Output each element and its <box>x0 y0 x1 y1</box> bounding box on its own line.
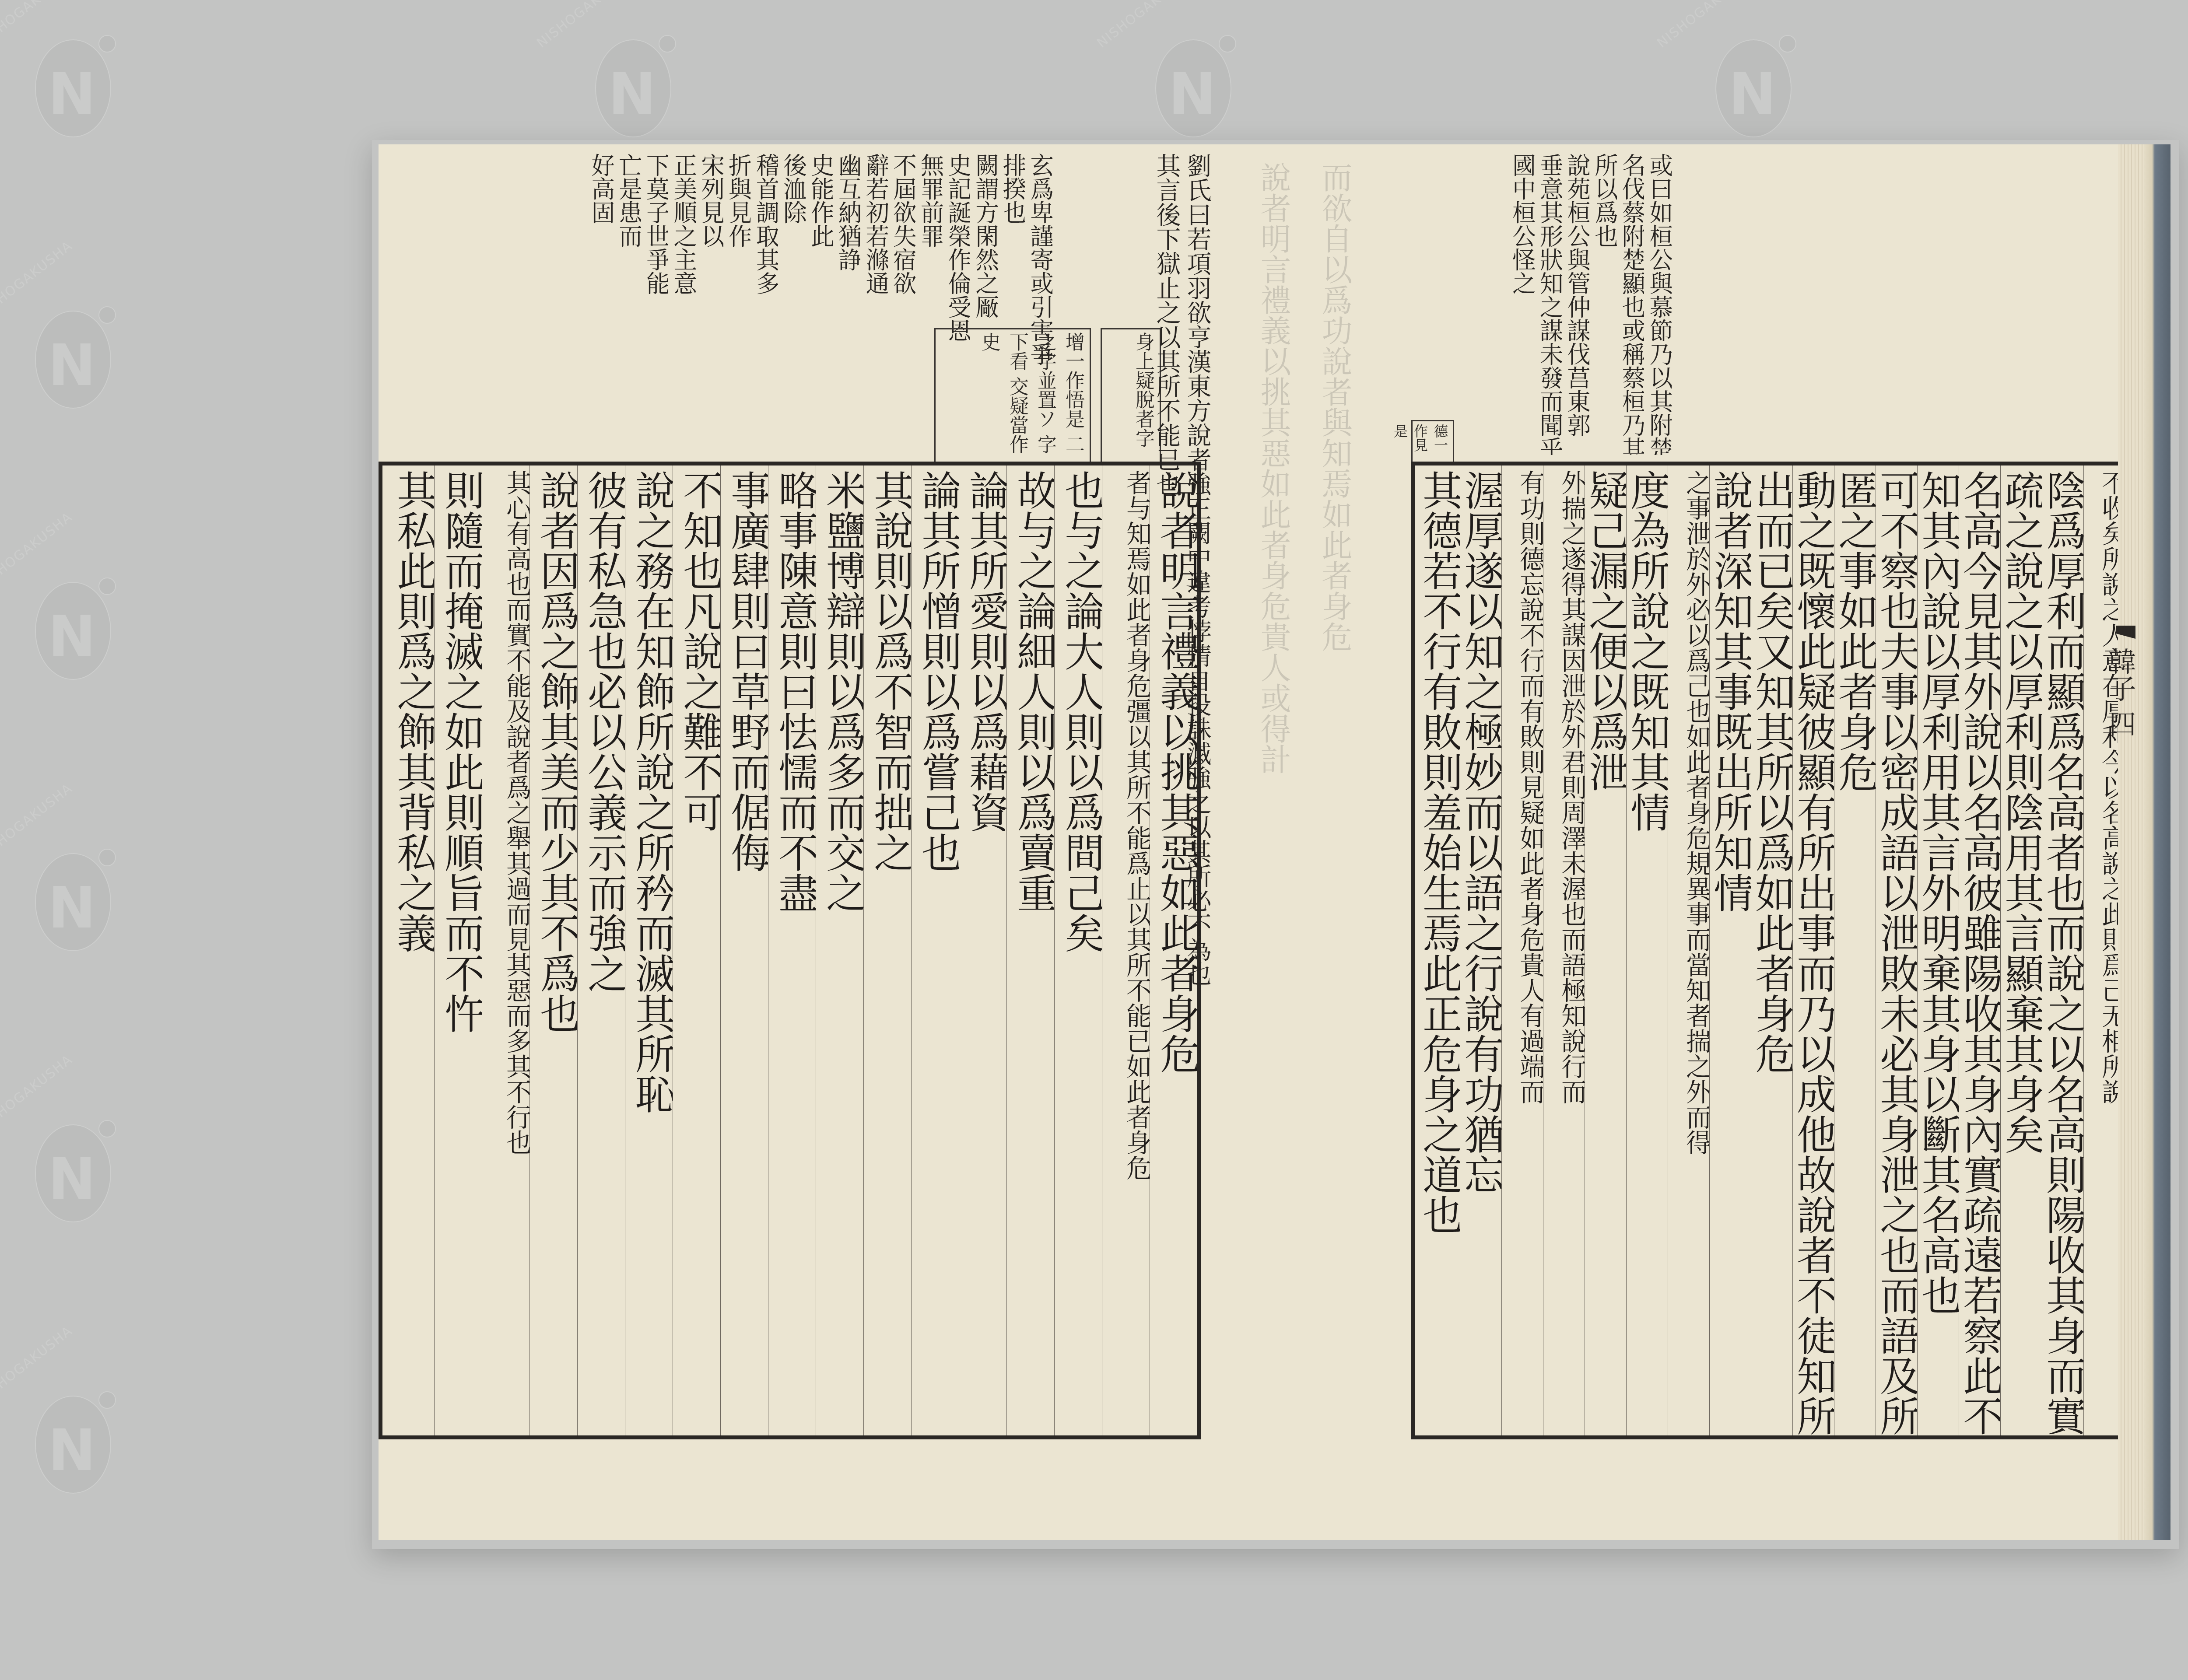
watermark-text: NISHOGAKUSHA <box>0 0 76 51</box>
text-column: 論其所憎則以爲嘗己也 <box>911 465 959 1435</box>
upper-note-column: 所以爲也 <box>1592 153 1617 455</box>
text-column: 米鹽博辯則以爲多而交之 <box>816 465 863 1435</box>
watermark-ring-icon <box>35 39 111 137</box>
left-page: 玄爲卑謹寄或引害爭排揆也闕謂方閑然之厰史記誕榮作倫受恩無罪前罪不屆欲失宿欲辭若初… <box>379 144 1226 1540</box>
watermark-dot-icon <box>1219 35 1236 52</box>
watermark-text: NISHOGAKUSHA <box>0 238 76 322</box>
watermark-logo: NNISHOGAKUSHA <box>9 9 140 140</box>
text-column: 不知也凡說之難不可 <box>673 465 720 1435</box>
watermark-logo: NNISHOGAKUSHA <box>9 1365 140 1496</box>
gutter-commentary-1: 劉氏曰若項羽欲亨漢東方說者強正闕中違考悖情自投誅滅強之以其所必不為也 <box>1184 153 1211 1509</box>
text-column: 匿之事如此者身危 <box>1834 465 1876 1435</box>
right-page: 說者明言禮義以挑其惡如此者身危貴人或得計 而欲自以爲功說者與知焉如此者身危 或曰… <box>1225 144 2144 1540</box>
text-column: 也与之論大人則以爲間己矣 <box>1054 465 1102 1435</box>
upper-note-column: 幽互納猶諍 <box>836 153 861 455</box>
watermark-ring-icon <box>35 1124 111 1222</box>
upper-note-column: 正美順之主意 <box>671 153 696 455</box>
watermark-dot-icon <box>98 577 116 595</box>
watermark-logo: NNISHOGAKUSHA <box>569 9 700 140</box>
upper-note-column: 名伐蔡附楚顯也或稱蔡桓乃其 <box>1620 153 1645 455</box>
watermark-dot-icon <box>98 1120 116 1137</box>
watermark-n-icon: N <box>48 337 96 394</box>
watermark-logo: NNISHOGAKUSHA <box>1129 9 1260 140</box>
watermark-ring-icon <box>35 853 111 951</box>
upper-note-column: 亡是患而 <box>616 153 641 455</box>
upper-note-column: 辭若初若滌通 <box>863 153 888 455</box>
watermark-logo: NNISHOGAKUSHA <box>9 280 140 411</box>
text-column: 疑己漏之便以爲泄 <box>1585 465 1626 1435</box>
upper-note-column: 下莫子世爭能 <box>644 153 669 455</box>
watermark-logo: NNISHOGAKUSHA <box>9 822 140 954</box>
upper-note-column: 不屆欲失宿欲 <box>891 153 915 455</box>
upper-note-column: 或曰如桓公與慕節乃以其附楚 <box>1647 153 1672 455</box>
right-upper-box-note: 德一作見是 <box>1411 420 1454 463</box>
upper-note-column: 宋列見以 <box>698 153 723 455</box>
text-column: 者与知焉如此者身危彊以其所不能爲止以其所不能已如此者身危 <box>1102 465 1150 1435</box>
left-main-text-frame: 說者明言禮義以挑其惡如此者身危者与知焉如此者身危彊以其所不能爲止以其所不能已如此… <box>379 462 1201 1439</box>
text-column: 有功則德忘說不行而有敗則見疑如此者身危貴人有過端而 <box>1501 465 1543 1435</box>
text-column: 可不察也夫事以密成語以泄敗未必其身泄之也而語及所 <box>1876 465 1917 1435</box>
left-upper-box-note-1: 身上疑脫者字 <box>1101 328 1161 463</box>
watermark-ring-icon <box>1155 39 1231 137</box>
text-column: 外揣之遂得其謀因泄於外君則周澤未渥也而語極知說行而 <box>1543 465 1585 1435</box>
watermark-text: NISHOGAKUSHA <box>0 1323 76 1407</box>
fold-column-label: 韓子 四 <box>2114 647 2140 738</box>
text-column: 度為所說之既知其情 <box>1626 465 1668 1435</box>
upper-note-column: 史能作此 <box>808 153 833 455</box>
watermark-dot-icon <box>1779 35 1796 52</box>
text-column: 說者因爲之飾其美而少其不爲也 <box>529 465 577 1435</box>
text-column: 渥厚遂以知之極妙而以語之行說有功猶忘 <box>1460 465 1501 1435</box>
text-column: 則隨而掩滅之如此則順旨而不忤 <box>434 465 482 1435</box>
cover-edge <box>2144 144 2170 1540</box>
watermark-n-icon: N <box>608 66 656 122</box>
text-column: 知其內說以厚利用其言外明棄其身以斷其名高也 <box>1917 465 1959 1435</box>
upper-note-column: 說苑桓公與管仲謀伐莒東郭 <box>1564 153 1589 455</box>
watermark-n-icon: N <box>1168 66 1216 122</box>
text-column: 其私此則爲之飾其背私之義 <box>386 465 434 1435</box>
watermark-text: NISHOGAKUSHA <box>1094 0 1196 51</box>
watermark-ring-icon <box>35 582 111 680</box>
watermark-dot-icon <box>98 306 116 324</box>
watermark-text: NISHOGAKUSHA <box>0 509 76 593</box>
watermark-n-icon: N <box>48 1422 96 1479</box>
text-column: 故与之論細人則以爲賣重 <box>1006 465 1054 1435</box>
text-column: 說者深知其事既出所知情 <box>1709 465 1751 1435</box>
text-column: 動之既懷此疑彼顯有所出事而乃以成他故說者不徒知所 <box>1792 465 1834 1435</box>
watermark-n-icon: N <box>48 1151 96 1207</box>
text-column: 論其所愛則以爲藉資 <box>959 465 1006 1435</box>
left-upper-box-note-2: 增一作悟是 二之字並置ソ 字下看 交疑當作史 <box>934 328 1091 463</box>
right-upper-notes: 或曰如桓公與慕節乃以其附楚名伐蔡附楚顯也或稱蔡桓乃其所以爲也說苑桓公與管仲謀伐莒… <box>1409 153 1672 455</box>
watermark-ring-icon <box>35 311 111 409</box>
watermark-dot-icon <box>98 1391 116 1409</box>
text-column: 出而已矣又知其所以爲如此者身危 <box>1751 465 1792 1435</box>
watermark-logo: NNISHOGAKUSHA <box>1689 9 1820 140</box>
upper-note-column: 國中桓公怪之 <box>1510 153 1535 455</box>
upper-note-column: 稽首調取其多 <box>753 153 778 455</box>
gutter-commentary-2: 其言後下獄止之以其所不能已也 <box>1153 153 1180 459</box>
watermark-n-icon: N <box>48 608 96 665</box>
text-column: 略事陳意則曰怯懦而不盡 <box>768 465 816 1435</box>
text-column: 其德若不行有敗則羞始生焉此正危身之道也 <box>1418 465 1460 1435</box>
watermark-ring-icon <box>35 1396 111 1494</box>
text-column: 之事泄於外必以爲己也如此者身危規異事而當知者揣之外而得 <box>1668 465 1709 1435</box>
watermark-text: NISHOGAKUSHA <box>534 0 635 51</box>
text-column: 陰爲厚利而顯爲名高者也而說之以名高則陽收其身而實 <box>2042 465 2083 1435</box>
watermark-n-icon: N <box>48 66 96 122</box>
watermark-dot-icon <box>98 35 116 52</box>
watermark-n-icon: N <box>1729 66 1776 122</box>
right-main-text-frame: 不收矣所說之人意在厚利今以名高說之此則爲己无相所說陰爲厚利而顯爲名高者也而說之以… <box>1411 462 2129 1439</box>
text-column: 其說則以爲不智而拙之 <box>863 465 911 1435</box>
watermark-ring-icon <box>1715 39 1792 137</box>
watermark-text: NISHOGAKUSHA <box>1654 0 1756 51</box>
text-column: 彼有私急也必以公義示而強之 <box>577 465 625 1435</box>
bleed-through-text: 說者明言禮義以挑其惡如此者身危貴人或得計 <box>1252 162 1296 1518</box>
upper-note-column: 好高固 <box>589 153 614 455</box>
watermark-n-icon: N <box>48 879 96 936</box>
watermark-logo: NNISHOGAKUSHA <box>9 551 140 682</box>
upper-note-column: 後洫除 <box>781 153 806 455</box>
watermark-dot-icon <box>659 35 676 52</box>
upper-note-column: 折與見作 <box>726 153 751 455</box>
text-column: 事廣肆則曰草野而倨侮 <box>720 465 768 1435</box>
upper-note-column: 垂意其形狀知之謀未發而聞乎 <box>1537 153 1562 455</box>
watermark-logo: NNISHOGAKUSHA <box>9 1094 140 1225</box>
text-column: 其心有高也而實不能及說者爲之舉其過而見其惡而多其不行也 <box>482 465 529 1435</box>
text-column: 名高今見其外說以名高彼雖陽收其身內實疏遠若察此不 <box>1959 465 2000 1435</box>
watermark-text: NISHOGAKUSHA <box>0 780 76 864</box>
watermark-text: NISHOGAKUSHA <box>0 1052 76 1136</box>
text-column: 疏之說之以厚利則陰用其言顯棄其身矣 <box>2000 465 2042 1435</box>
page-edges <box>2118 144 2144 1540</box>
watermark-ring-icon <box>595 39 671 137</box>
watermark-dot-icon <box>98 849 116 866</box>
text-column: 說之務在知飾所說之所矜而滅其所恥 <box>625 465 673 1435</box>
bleed-through-text: 而欲自以爲功說者與知焉如此者身危 <box>1313 162 1357 1518</box>
